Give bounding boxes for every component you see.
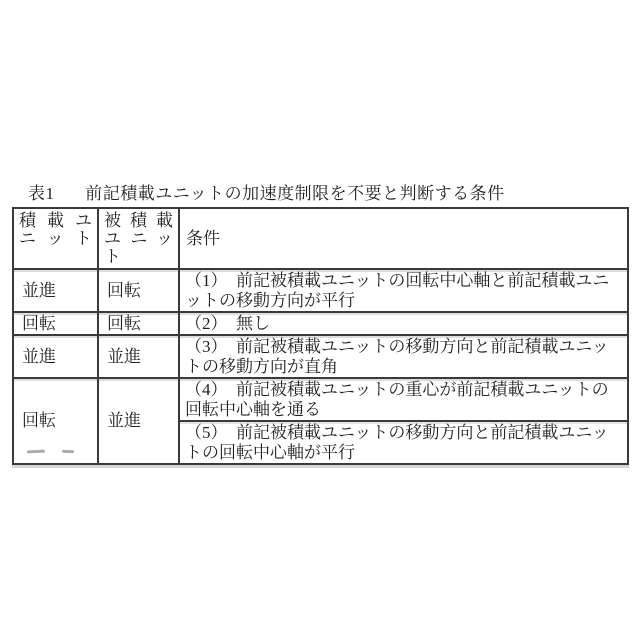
- table-caption-number: 表1: [28, 184, 55, 204]
- carrier-unit-cell: 並進: [14, 336, 99, 377]
- table-caption: 表1 前記積載ユニットの加速度制限を不要と判断する条件: [28, 184, 505, 204]
- header-condition-label: 条件: [186, 229, 220, 249]
- table-row-merged: 回転 並進 （4） 前記被積載ユニットの重心が前記積載ユニットの回転中心軸を通る…: [14, 379, 627, 463]
- header-cell-loading-unit: 積載ユ ニット: [14, 209, 99, 268]
- patent-document-page: 表1 前記積載ユニットの加速度制限を不要と判断する条件 積載ユ ニット 被積載 …: [0, 0, 640, 640]
- table-row: 並進 回転 （1） 前記被積載ユニットの回転中心軸と前記積載ユニットの移動方向が…: [14, 270, 627, 313]
- table-caption-text: 前記積載ユニットの加速度制限を不要と判断する条件: [85, 184, 504, 204]
- condition-cell: （5） 前記被積載ユニットの移動方向と前記積載ユニットの回転中心軸が平行: [180, 422, 627, 463]
- carrier-unit-cell: 回転: [14, 313, 99, 334]
- carried-unit-cell: 並進: [99, 379, 180, 463]
- condition-cell: （2） 無し: [180, 313, 627, 334]
- carried-unit-cell: 並進: [99, 336, 180, 377]
- carried-unit-cell: 回転: [99, 270, 180, 311]
- carrier-unit-cell: 並進: [14, 270, 99, 311]
- carried-unit-cell: 回転: [99, 313, 180, 334]
- table-row: 並進 並進 （3） 前記被積載ユニットの移動方向と前記積載ユニットの移動方向が直…: [14, 336, 627, 379]
- header-loading-unit-line-1: 積載ユ: [19, 212, 92, 230]
- header-loaded-unit-line-2: ユニッ: [104, 230, 173, 248]
- header-cell-condition: 条件: [180, 209, 627, 268]
- header-cell-loaded-unit: 被積載 ユニッ ト: [99, 209, 180, 268]
- scan-artifact-mark: [62, 450, 74, 453]
- header-loaded-unit-line-3: ト: [104, 248, 173, 266]
- table-header-row: 積載ユ ニット 被積載 ユニッ ト 条件: [14, 209, 627, 270]
- header-loading-unit-line-2: ニット: [19, 230, 92, 248]
- conditions-table: 積載ユ ニット 被積載 ユニッ ト 条件 並進 回転 （1） 前記被積載ユニット…: [12, 207, 629, 465]
- table-row: 回転 回転 （2） 無し: [14, 313, 627, 336]
- condition-cell: （4） 前記被積載ユニットの重心が前記積載ユニットの回転中心軸を通る: [180, 379, 627, 422]
- condition-cell: （1） 前記被積載ユニットの回転中心軸と前記積載ユニットの移動方向が平行: [180, 270, 627, 311]
- header-loaded-unit-line-1: 被積載: [104, 212, 173, 230]
- condition-cell: （3） 前記被積載ユニットの移動方向と前記積載ユニットの移動方向が直角: [180, 336, 627, 377]
- condition-cell-group: （4） 前記被積載ユニットの重心が前記積載ユニットの回転中心軸を通る （5） 前…: [180, 379, 627, 463]
